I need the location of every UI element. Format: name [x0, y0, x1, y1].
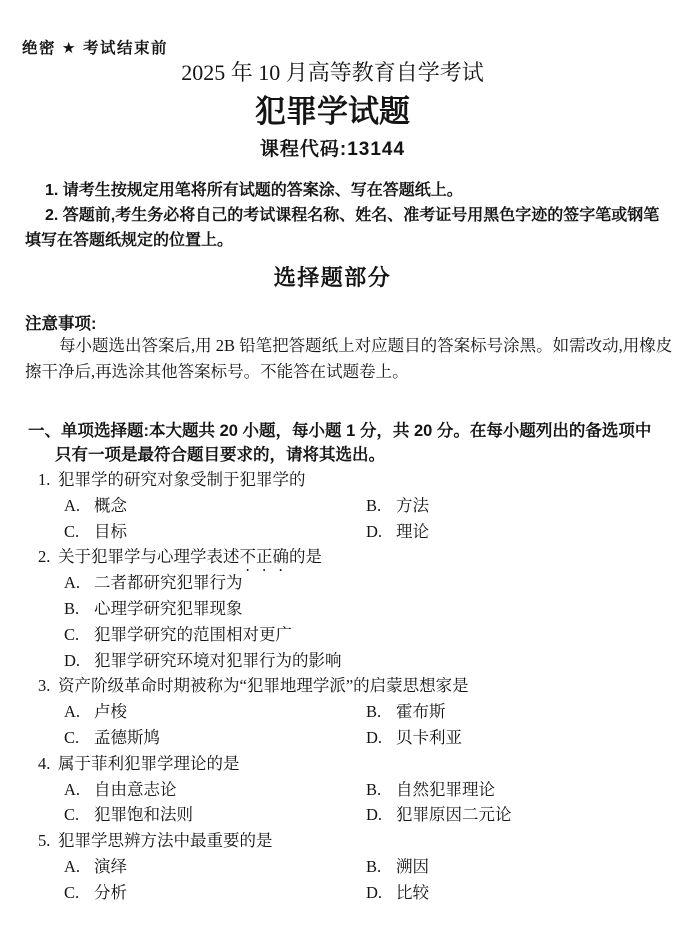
option-text: 犯罪饱和法则 — [94, 805, 193, 824]
classification-banner: 绝密 ★ 考试结束前 — [22, 36, 168, 58]
notice-line-1: 每小题选出答案后,用 2B 铅笔把答题纸上对应题目的答案标号涂黑。如需改动,用橡… — [25, 333, 670, 359]
question-1: 1. 犯罪学的研究对象受制于犯罪学的 — [0, 467, 687, 493]
option-text: 概念 — [94, 496, 127, 515]
option-text: 犯罪学研究的范围相对更广 — [94, 625, 292, 644]
question-5-option-a: A.演绎 — [64, 854, 127, 880]
question-1-option-d: D.理论 — [366, 519, 429, 545]
question-4: 4. 属于菲利犯罪学理论的是 — [0, 751, 687, 777]
paper-title: 犯罪学试题 — [0, 92, 665, 132]
question-1-option-b: B.方法 — [366, 493, 429, 519]
question-1-text: 犯罪学的研究对象受制于犯罪学的 — [58, 467, 306, 493]
part1-heading-line-2: 只有一项是最符合题目要求的，请将其选出。 — [28, 443, 668, 467]
question-5-number: 5. — [38, 828, 50, 854]
question-1-options-row-2: C.目标 D.理论 — [0, 519, 687, 545]
choice-section-title: 选择题部分 — [0, 263, 665, 293]
question-3-options-row-1: A.卢梭 B.霍布斯 — [0, 699, 687, 725]
question-4-option-b: B.自然犯罪理论 — [366, 777, 495, 803]
question-5: 5. 犯罪学思辨方法中最重要的是 — [0, 828, 687, 854]
option-text: 自然犯罪理论 — [396, 780, 495, 799]
question-4-option-c: C.犯罪饱和法则 — [64, 802, 193, 828]
option-text: 霍布斯 — [396, 702, 446, 721]
question-3-option-b: B.霍布斯 — [366, 699, 446, 725]
question-4-text: 属于菲利犯罪学理论的是 — [58, 751, 240, 777]
part1-heading-line-1: 一、单项选择题:本大题共 20 小题，每小题 1 分，共 20 分。在每小题列出… — [28, 419, 668, 443]
question-5-options-row-1: A.演绎 B.溯因 — [0, 854, 687, 880]
option-text: 目标 — [94, 522, 127, 541]
question-2-option-b: B.心理学研究犯罪现象 — [64, 596, 243, 622]
question-1-number: 1. — [38, 467, 50, 493]
option-label: C. — [64, 802, 94, 828]
course-code: 课程代码:13144 — [0, 137, 665, 163]
option-label: C. — [64, 622, 94, 648]
instruction-item-2-line-1: 2. 答题前,考生务必将自己的考试课程名称、姓名、准考证号用黑色字迹的签字笔或钢… — [25, 203, 670, 228]
question-4-number: 4. — [38, 751, 50, 777]
exam-paper-page: 绝密 ★ 考试结束前 2025 年 10 月高等教育自学考试 犯罪学试题 课程代… — [0, 0, 687, 938]
option-text: 比较 — [396, 883, 429, 902]
question-2-option-a: A.二者都研究犯罪行为 — [64, 570, 243, 596]
question-3-option-a: A.卢梭 — [64, 699, 127, 725]
option-text: 卢梭 — [94, 702, 127, 721]
option-label: B. — [64, 596, 94, 622]
question-5-option-c: C.分析 — [64, 880, 127, 906]
option-label: D. — [366, 725, 396, 751]
question-5-text: 犯罪学思辨方法中最重要的是 — [58, 828, 273, 854]
question-5-options-row-2: C.分析 D.比较 — [0, 880, 687, 906]
question-1-option-a: A.概念 — [64, 493, 127, 519]
question-4-option-a: A.自由意志论 — [64, 777, 177, 803]
option-label: A. — [64, 493, 94, 519]
question-4-option-d: D.犯罪原因二元论 — [366, 802, 512, 828]
option-label: A. — [64, 777, 94, 803]
question-4-options-row-1: A.自由意志论 B.自然犯罪理论 — [0, 777, 687, 803]
question-2-number: 2. — [38, 544, 50, 570]
question-2-text-post: 的是 — [289, 547, 322, 566]
question-2-option-c: C.犯罪学研究的范围相对更广 — [64, 622, 292, 648]
question-3-options-row-2: C.孟德斯鸠 D.贝卡利亚 — [0, 725, 687, 751]
option-text: 犯罪原因二元论 — [396, 805, 512, 824]
option-label: C. — [64, 880, 94, 906]
notice-line-2: 擦干净后,再选涂其他答案标号。不能答在试题卷上。 — [25, 359, 670, 385]
option-label: C. — [64, 519, 94, 545]
question-2-options-row-3: C.犯罪学研究的范围相对更广 — [0, 622, 687, 648]
question-5-option-d: D.比较 — [366, 880, 429, 906]
option-label: C. — [64, 725, 94, 751]
general-instructions: 1. 请考生按规定用笔将所有试题的答案涂、写在答题纸上。 2. 答题前,考生务必… — [25, 178, 670, 253]
question-2-options-row-4: D.犯罪学研究环境对犯罪行为的影响 — [0, 648, 687, 674]
question-5-option-b: B.溯因 — [366, 854, 429, 880]
option-label: B. — [366, 699, 396, 725]
question-3-option-c: C.孟德斯鸠 — [64, 725, 160, 751]
option-text: 二者都研究犯罪行为 — [94, 573, 243, 592]
option-label: B. — [366, 493, 396, 519]
question-2-text-pre: 关于犯罪学与心理学表述 — [58, 547, 240, 566]
question-2-text-emphasized: 不正确 — [240, 547, 290, 566]
option-label: D. — [366, 880, 396, 906]
question-3-option-d: D.贝卡利亚 — [366, 725, 462, 751]
question-2-options-row-1: A.二者都研究犯罪行为 — [0, 570, 687, 596]
part1-heading: 一、单项选择题:本大题共 20 小题，每小题 1 分，共 20 分。在每小题列出… — [28, 419, 668, 467]
exam-session-title: 2025 年 10 月高等教育自学考试 — [0, 58, 665, 88]
instruction-item-2-line-2: 填写在答题纸规定的位置上。 — [25, 228, 670, 253]
option-text: 贝卡利亚 — [396, 728, 462, 747]
question-1-options-row-1: A.概念 B.方法 — [0, 493, 687, 519]
option-text: 心理学研究犯罪现象 — [94, 599, 243, 618]
instruction-item-1: 1. 请考生按规定用笔将所有试题的答案涂、写在答题纸上。 — [25, 178, 670, 203]
question-3: 3. 资产阶级革命时期被称为“犯罪地理学派”的启蒙思想家是 — [0, 673, 687, 699]
option-text: 溯因 — [396, 857, 429, 876]
question-4-options-row-2: C.犯罪饱和法则 D.犯罪原因二元论 — [0, 802, 687, 828]
notice-paragraph: 每小题选出答案后,用 2B 铅笔把答题纸上对应题目的答案标号涂黑。如需改动,用橡… — [25, 333, 670, 385]
notice-heading: 注意事项: — [25, 310, 97, 334]
question-3-text: 资产阶级革命时期被称为“犯罪地理学派”的启蒙思想家是 — [58, 673, 469, 699]
question-2-option-d: D.犯罪学研究环境对犯罪行为的影响 — [64, 648, 342, 674]
question-3-number: 3. — [38, 673, 50, 699]
question-2: 2. 关于犯罪学与心理学表述不正确的是 — [0, 544, 687, 570]
option-label: D. — [64, 648, 94, 674]
option-label: B. — [366, 854, 396, 880]
question-2-options-row-2: B.心理学研究犯罪现象 — [0, 596, 687, 622]
option-text: 理论 — [396, 522, 429, 541]
option-label: A. — [64, 854, 94, 880]
question-1-option-c: C.目标 — [64, 519, 127, 545]
option-label: D. — [366, 802, 396, 828]
option-text: 演绎 — [94, 857, 127, 876]
option-text: 方法 — [396, 496, 429, 515]
option-text: 犯罪学研究环境对犯罪行为的影响 — [94, 651, 342, 670]
option-label: A. — [64, 699, 94, 725]
option-label: A. — [64, 570, 94, 596]
option-text: 分析 — [94, 883, 127, 902]
option-text: 孟德斯鸠 — [94, 728, 160, 747]
option-label: B. — [366, 777, 396, 803]
option-text: 自由意志论 — [94, 780, 177, 799]
option-label: D. — [366, 519, 396, 545]
questions-area: 1. 犯罪学的研究对象受制于犯罪学的 A.概念 B.方法 C.目标 D.理论 2… — [0, 467, 687, 906]
